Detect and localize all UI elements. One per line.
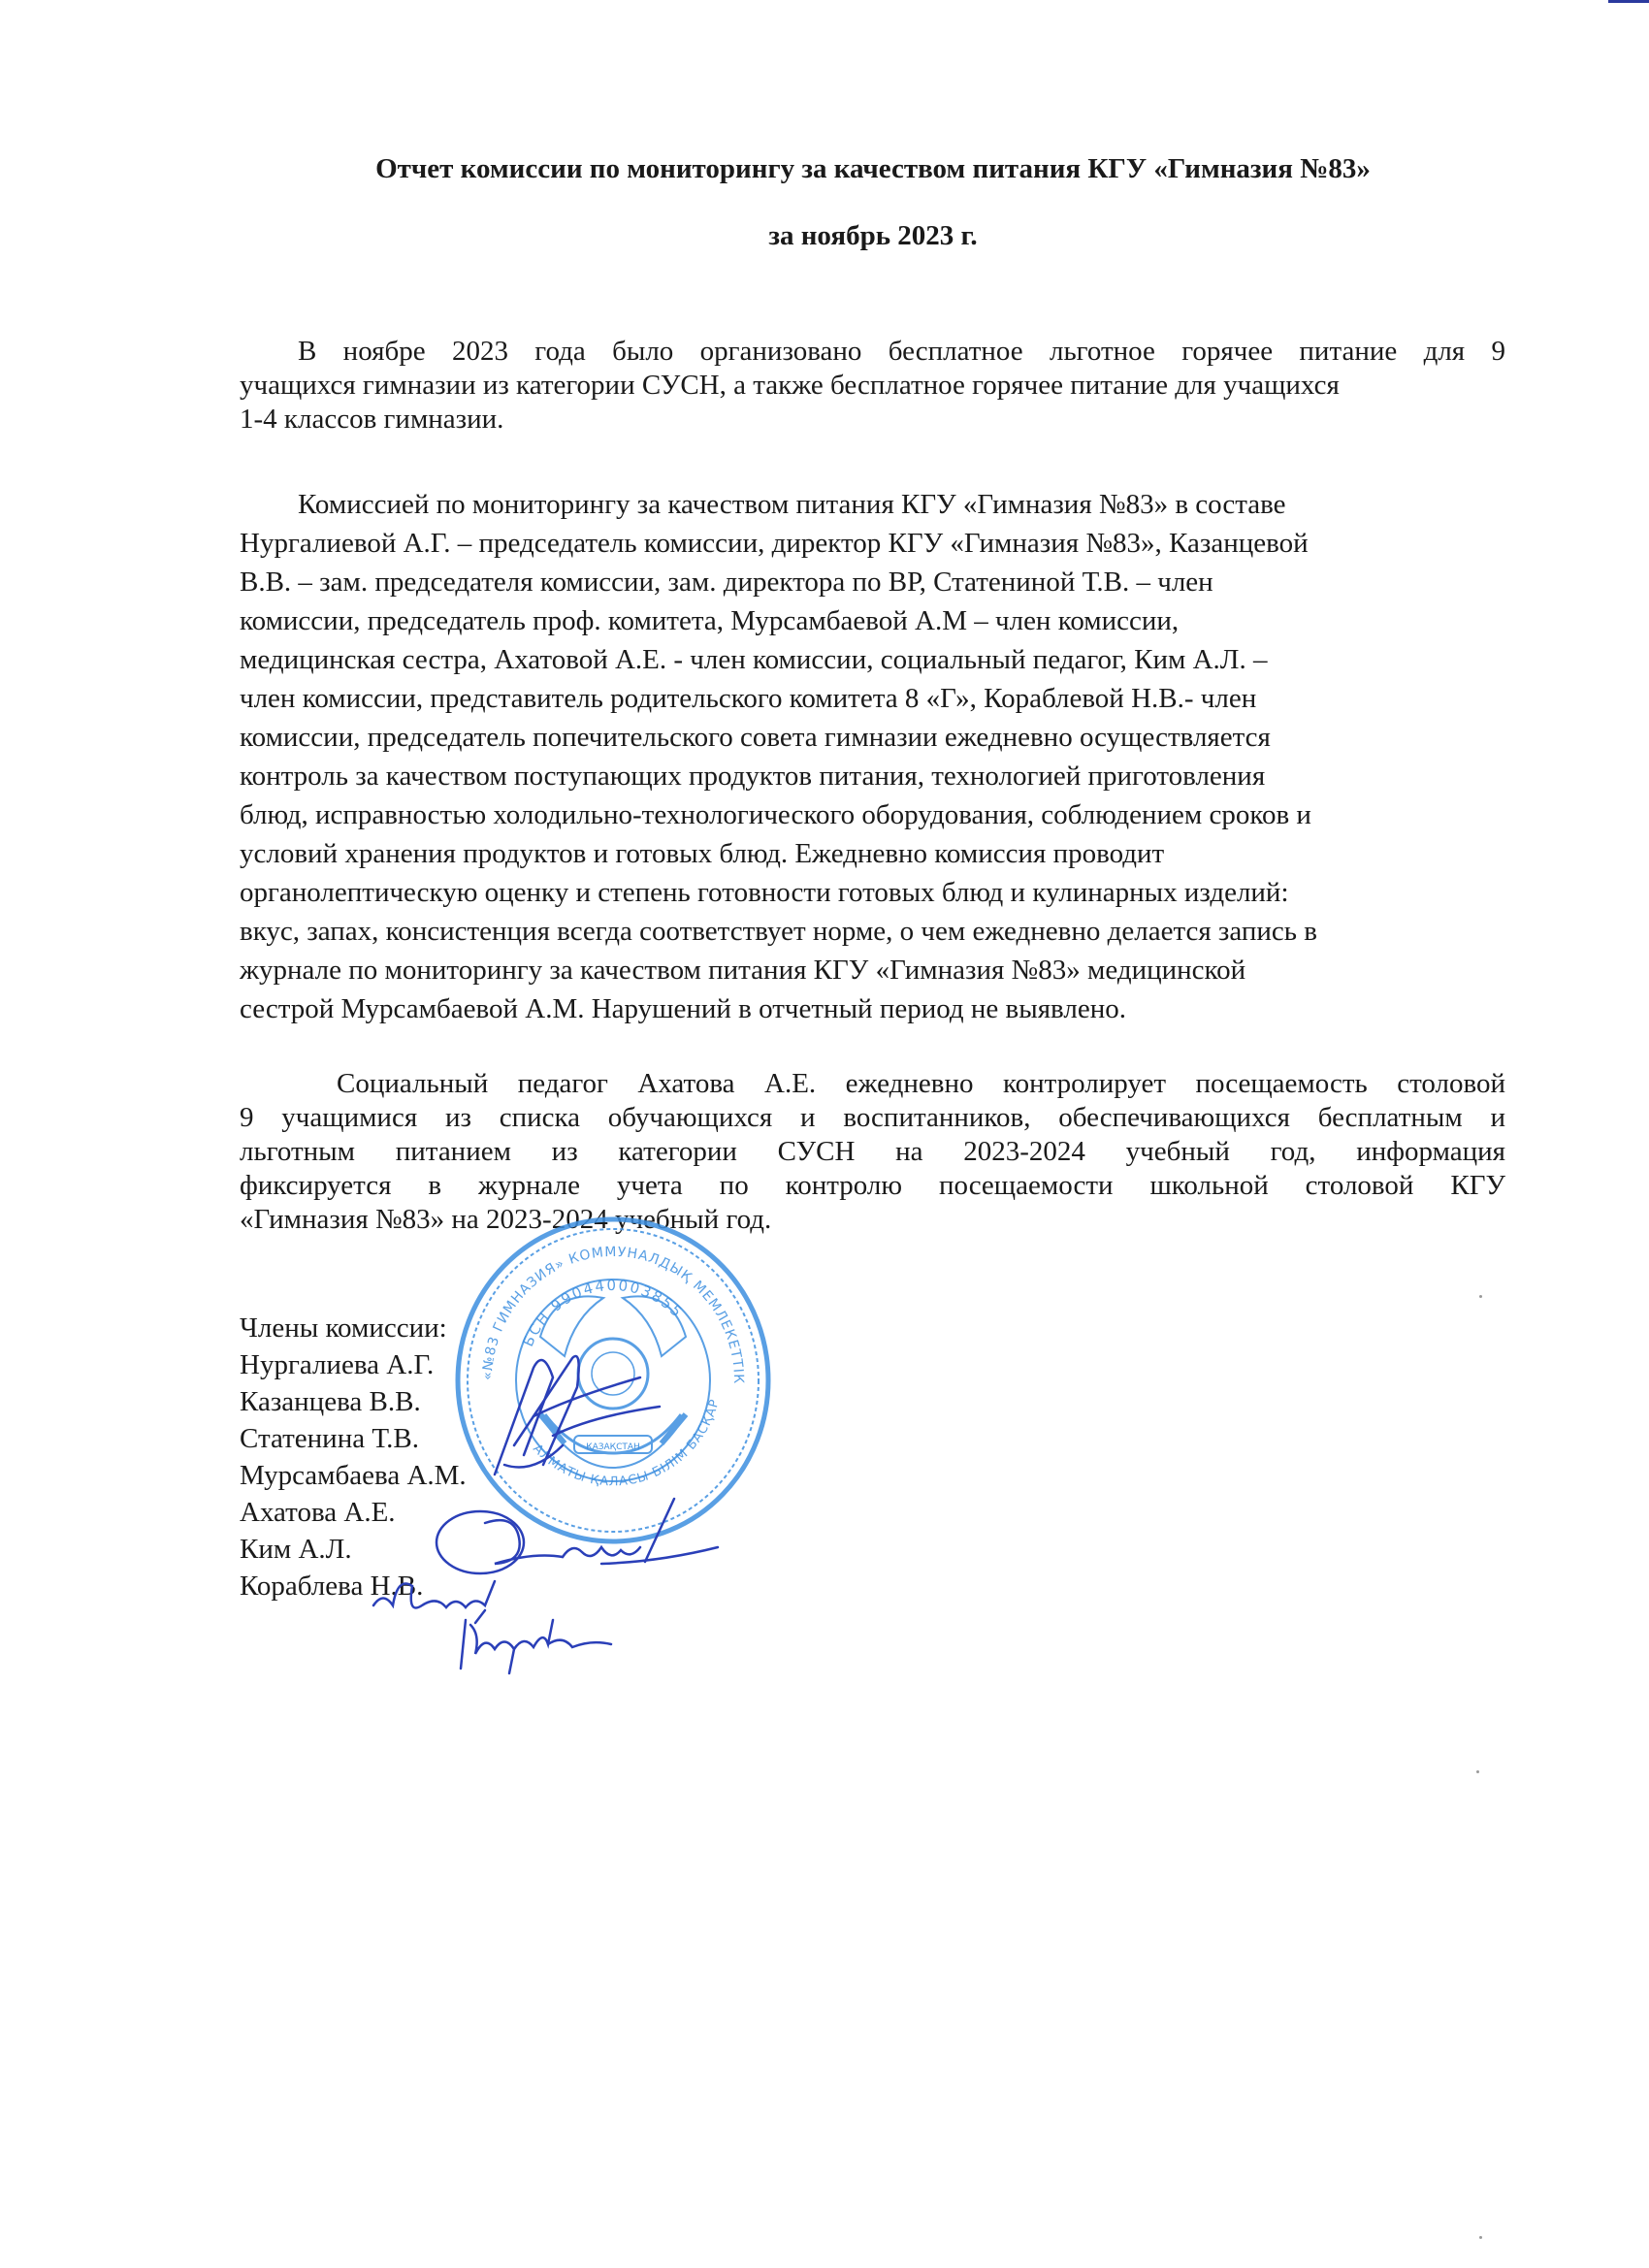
text-line: контроль за качеством поступающих продук… [240, 757, 1505, 795]
text-line: условий хранения продуктов и готовых блю… [240, 834, 1505, 873]
text-line: учащихся гимназии из категории СУСН, а т… [240, 369, 1505, 403]
signature-korableva-icon [456, 1610, 621, 1678]
text-line: «Гимназия №83» на 2023-2024 учебный год. [240, 1203, 1505, 1237]
text-line: комиссии, председатель попечительского с… [240, 718, 1505, 757]
text-line: медицинская сестра, Ахатовой А.Е. - член… [240, 640, 1505, 679]
text-line: В.В. – зам. председателя комиссии, зам. … [240, 563, 1505, 601]
document-title: Отчет комиссии по мониторингу за качеств… [242, 153, 1503, 185]
member-name: Казанцева В.В. [240, 1383, 467, 1420]
text-line: Социальный педагог Ахатова А.Е. ежедневн… [240, 1067, 1505, 1101]
scan-speck [1476, 1770, 1479, 1773]
document-subtitle-period: за ноябрь 2023 г. [242, 220, 1503, 252]
text-line: член комиссии, представитель родительско… [240, 679, 1505, 718]
text-line: сестрой Мурсамбаевой А.М. Нарушений в от… [240, 989, 1505, 1028]
paragraph-commission-composition: Комиссией по мониторингу за качеством пи… [240, 485, 1505, 1028]
text-line: блюд, исправностью холодильно-технологич… [240, 795, 1505, 834]
member-name: Мурсамбаева А.М. [240, 1457, 467, 1494]
paragraph-meals-organized: В ноябре 2023 года было организовано бес… [240, 335, 1505, 437]
text-line: комиссии, председатель проф. комитета, М… [240, 601, 1505, 640]
text-line: 9 учащимися из списка обучающихся и восп… [240, 1101, 1505, 1135]
text-line: льготным питанием из категории СУСН на 2… [240, 1135, 1505, 1169]
text-line: органолептическую оценку и степень готов… [240, 873, 1505, 912]
text-line: журнале по мониторингу за качеством пита… [240, 951, 1505, 989]
members-heading: Члены комиссии: [240, 1310, 467, 1346]
text-line: фиксируется в журнале учета по контролю … [240, 1169, 1505, 1203]
scan-edge-mark [1608, 0, 1649, 3]
scan-speck [1479, 2236, 1482, 2239]
member-name: Статенина Т.В. [240, 1420, 467, 1457]
text-line: вкус, запах, консистенция всегда соответ… [240, 912, 1505, 951]
text-line: В ноябре 2023 года было организовано бес… [240, 335, 1505, 369]
signature-nurgalieva-icon [466, 1329, 679, 1484]
scan-speck [1479, 1295, 1482, 1298]
text-line: 1-4 классов гимназии. [240, 403, 1505, 437]
text-line: Комиссией по мониторингу за качеством пи… [240, 485, 1505, 524]
paragraph-attendance-control: Социальный педагог Ахатова А.Е. ежедневн… [240, 1067, 1505, 1237]
member-name: Нургалиева А.Г. [240, 1346, 467, 1383]
text-line: Нургалиевой А.Г. – председатель комиссии… [240, 524, 1505, 563]
